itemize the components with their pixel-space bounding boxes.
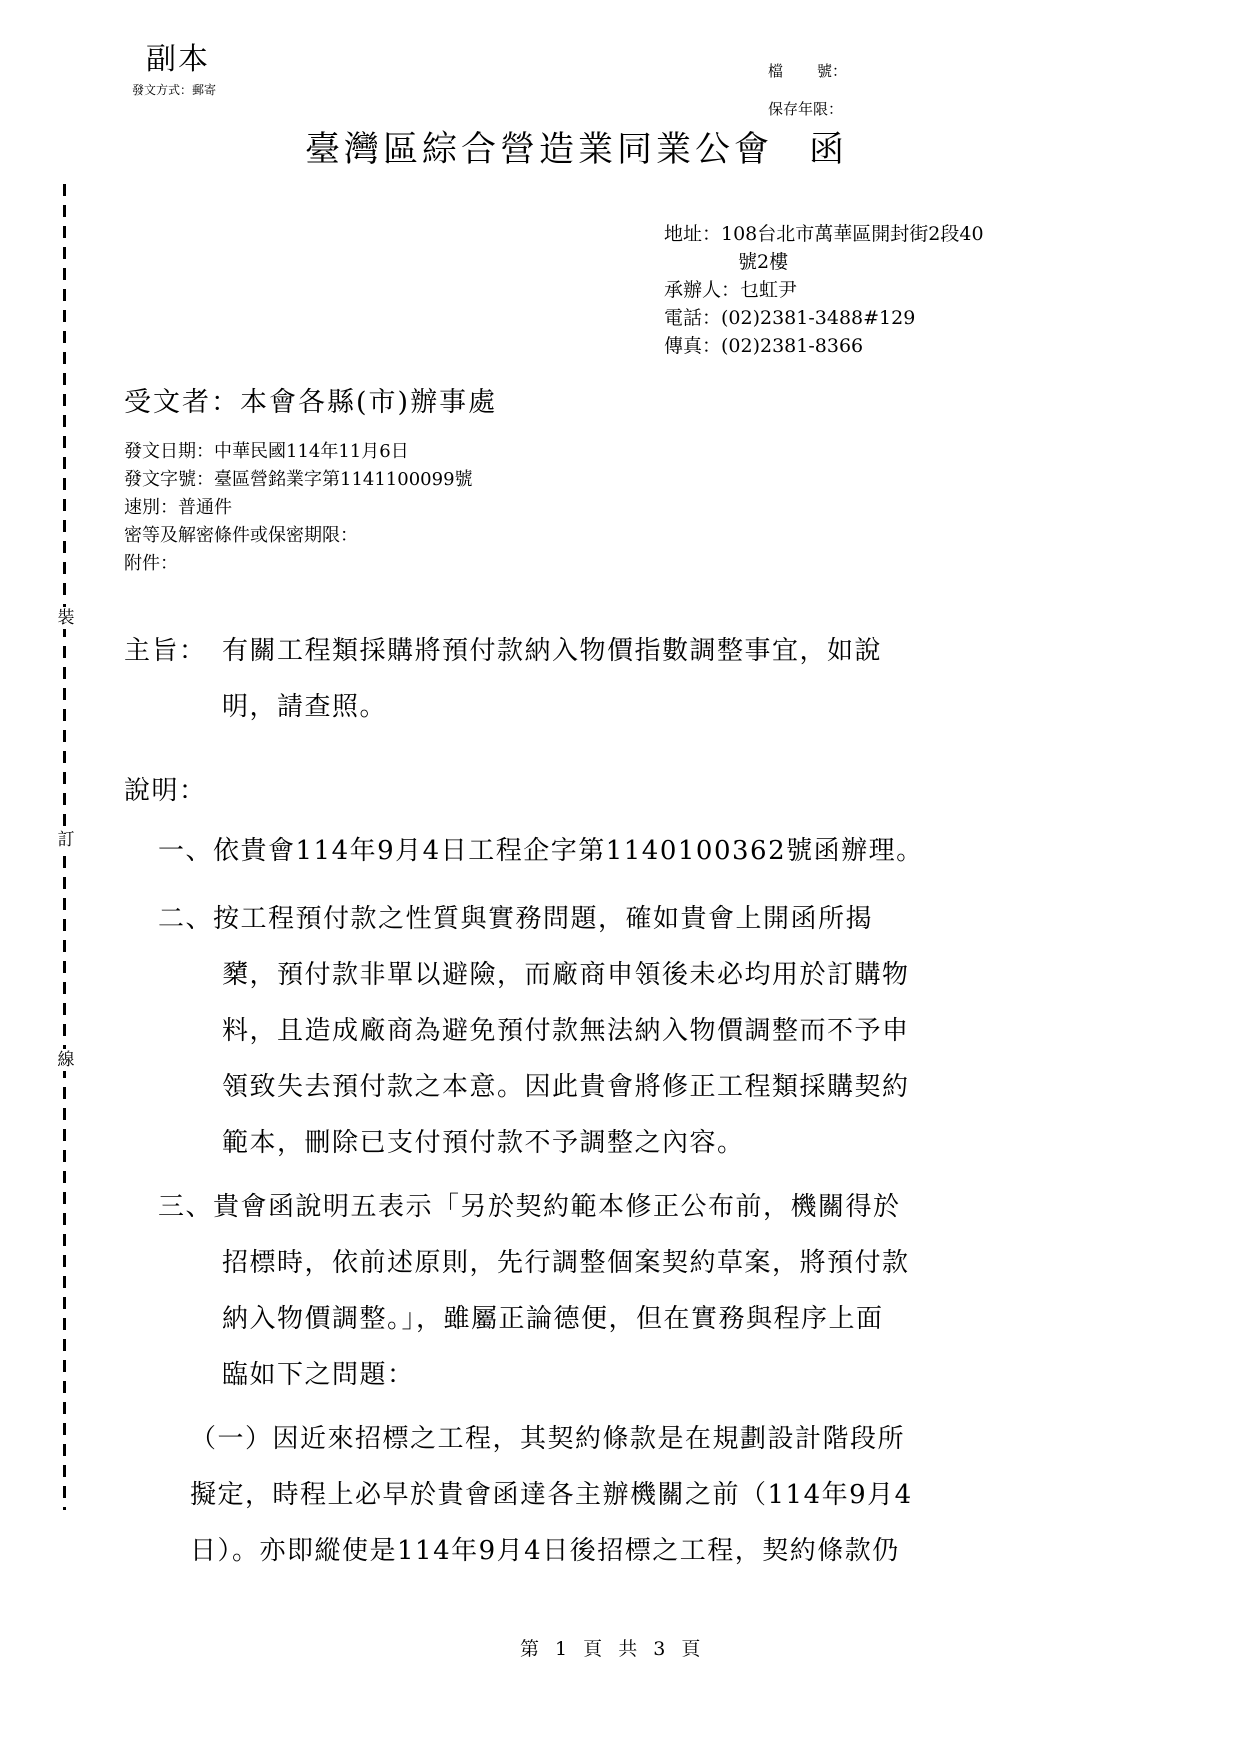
file-number-label-a: 檔 bbox=[768, 62, 783, 80]
org-name: 臺灣區綜合營造業同業公會 bbox=[305, 130, 773, 170]
recipient: 受文者：本會各縣(市)辦事處 bbox=[124, 380, 497, 419]
explanation-subitem-1-line-3: 日）。亦即縱使是114年9月4日後招標之工程，契約條款仍 bbox=[190, 1530, 900, 1567]
document-number: 發文字號：臺區營銘業字第1141100099號 bbox=[124, 466, 473, 494]
subject-line-1: 有關工程類採購將預付款納入物價指數調整事宜，如說 bbox=[222, 630, 882, 667]
phone: 電話：(02)2381-3488#129 bbox=[664, 304, 984, 332]
attachment: 附件： bbox=[124, 550, 473, 578]
doc-type: 函 bbox=[809, 130, 848, 170]
binding-mark-ding: 訂 bbox=[56, 829, 76, 851]
subject-line-2: 明，請查照。 bbox=[222, 686, 387, 723]
binding-mark-zhuang: 裝 bbox=[56, 607, 76, 629]
explanation-item-2-line-3: 料，且造成廠商為避免預付款無法納入物價調整而不予申 bbox=[222, 1010, 910, 1047]
address-line-2: 號2樓 bbox=[664, 248, 984, 276]
document-metadata: 發文日期：中華民國114年11月6日 發文字號：臺區營銘業字第114110009… bbox=[124, 438, 473, 578]
binding-mark-xian: 線 bbox=[56, 1049, 76, 1071]
address-line-1: 地址：108台北市萬華區開封街2段40 bbox=[664, 220, 984, 248]
explanation-item-2-line-2: 櫫，預付款非單以避險，而廠商申領後未必均用於訂購物 bbox=[222, 954, 910, 991]
explanation-item-3-line-4: 臨如下之問題： bbox=[222, 1354, 415, 1391]
explanation-item-3-line-2: 招標時，依前述原則，先行調整個案契約草案，將預付款 bbox=[222, 1242, 910, 1279]
issue-date: 發文日期：中華民國114年11月6日 bbox=[124, 438, 473, 466]
explanation-item-2-line-1: 二、按工程預付款之性質與實務問題，確如貴會上開函所揭 bbox=[158, 898, 873, 935]
send-method: 發文方式：郵寄 bbox=[132, 81, 216, 98]
fax: 傳真：(02)2381-8366 bbox=[664, 332, 984, 360]
file-number-label: 檔號： bbox=[768, 60, 847, 81]
contact-block: 地址：108台北市萬華區開封街2段40 號2樓 承辦人：乜虹尹 電話：(02)2… bbox=[664, 220, 984, 360]
explanation-subitem-1-line-1: （一）因近來招標之工程，其契約條款是在規劃設計階段所 bbox=[190, 1418, 905, 1455]
security-level: 密等及解密條件或保密期限： bbox=[124, 522, 473, 550]
explanation-item-1-line-1: 一、依貴會114年9月4日工程企字第1140100362號函辦理。 bbox=[158, 830, 924, 867]
handler: 承辦人：乜虹尹 bbox=[664, 276, 984, 304]
document-title: 臺灣區綜合營造業同業公會函 bbox=[305, 122, 848, 172]
explanation-item-2-line-5: 範本，刪除已支付預付款不予調整之內容。 bbox=[222, 1122, 745, 1159]
urgency: 速別：普通件 bbox=[124, 494, 473, 522]
explanation-item-3-line-1: 三、貴會函說明五表示「另於契約範本修正公布前，機關得於 bbox=[158, 1186, 901, 1223]
explanation-item-3-line-3: 納入物價調整。」，雖屬正論德便，但在實務與程序上面 bbox=[222, 1298, 884, 1335]
copy-mark: 副本 bbox=[146, 34, 210, 78]
explanation-item-2-line-4: 領致失去預付款之本意。因此貴會將修正工程類採購契約 bbox=[222, 1066, 910, 1103]
explanation-subitem-1-line-2: 擬定，時程上必早於貴會函達各主辦機關之前（114年9月4 bbox=[190, 1474, 913, 1511]
file-number-label-b: 號： bbox=[817, 62, 847, 80]
explanation-label: 說明： bbox=[124, 770, 207, 807]
retention-period-label: 保存年限： bbox=[768, 98, 843, 119]
page-number: 第 1 頁 共 3 頁 bbox=[520, 1634, 700, 1661]
subject-label: 主旨： bbox=[124, 630, 207, 667]
